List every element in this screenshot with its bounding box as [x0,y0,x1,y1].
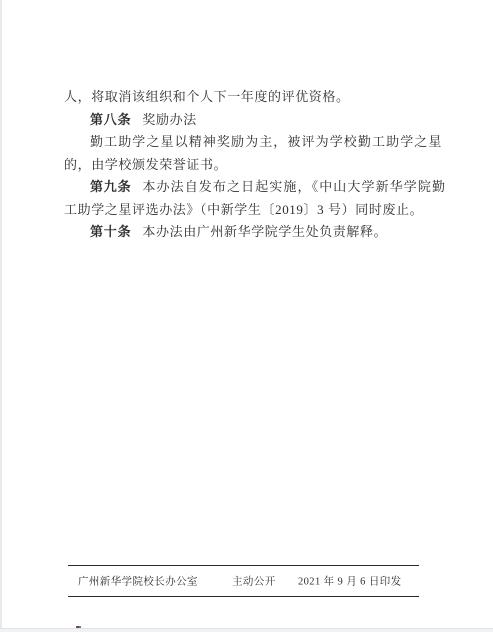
document-footer: 广州新华学院校长办公室 主动公开 2021 年 9 月 6 日印发 [68,565,419,597]
body-line: 的，由学校颁发荣誉证书。 [64,154,456,177]
document-page: 人，将取消该组织和个人下一年度的评优资格。 第八条奖励办法 勤工助学之星以精神奖… [0,0,493,632]
line-text: 本办法自发布之日起实施，《中山大学新华学院勤 [142,179,446,194]
footer-disclosure: 主动公开 [232,574,276,589]
body-line: 第十条本办法由广州新华学院学生处负责解释。 [64,221,456,244]
line-text: 工助学之星评选办法》（中新学生〔2019〕3 号）同时废止。 [64,202,423,217]
body-line: 人，将取消该组织和个人下一年度的评优资格。 [64,86,456,109]
article-number: 第十条 [90,224,131,239]
footer-print-date: 2021 年 9 月 6 日印发 [298,574,402,589]
body-line: 勤工助学之星以精神奖励为主，被评为学校勤工助学之星 [64,131,456,154]
line-text: 人，将取消该组织和个人下一年度的评优资格。 [64,89,350,104]
footer-issuer: 广州新华学院校长办公室 [78,574,198,589]
line-text: 本办法由广州新华学院学生处负责解释。 [142,224,387,239]
article-number: 第八条 [90,112,131,127]
body-line: 第八条奖励办法 [64,109,456,132]
body-line: 工助学之星评选办法》（中新学生〔2019〕3 号）同时废止。 [64,199,456,222]
document-body: 人，将取消该组织和个人下一年度的评优资格。 第八条奖励办法 勤工助学之星以精神奖… [64,86,456,244]
page-left-edge [0,0,2,632]
line-text: 奖励办法 [142,112,196,127]
body-line: 第九条本办法自发布之日起实施，《中山大学新华学院勤 [64,176,456,199]
line-text: 勤工助学之星以精神奖励为主，被评为学校勤工助学之星 [90,134,443,149]
page-bottom-edge [0,628,493,632]
article-number: 第九条 [90,179,131,194]
line-text: 的，由学校颁发荣誉证书。 [64,157,227,172]
